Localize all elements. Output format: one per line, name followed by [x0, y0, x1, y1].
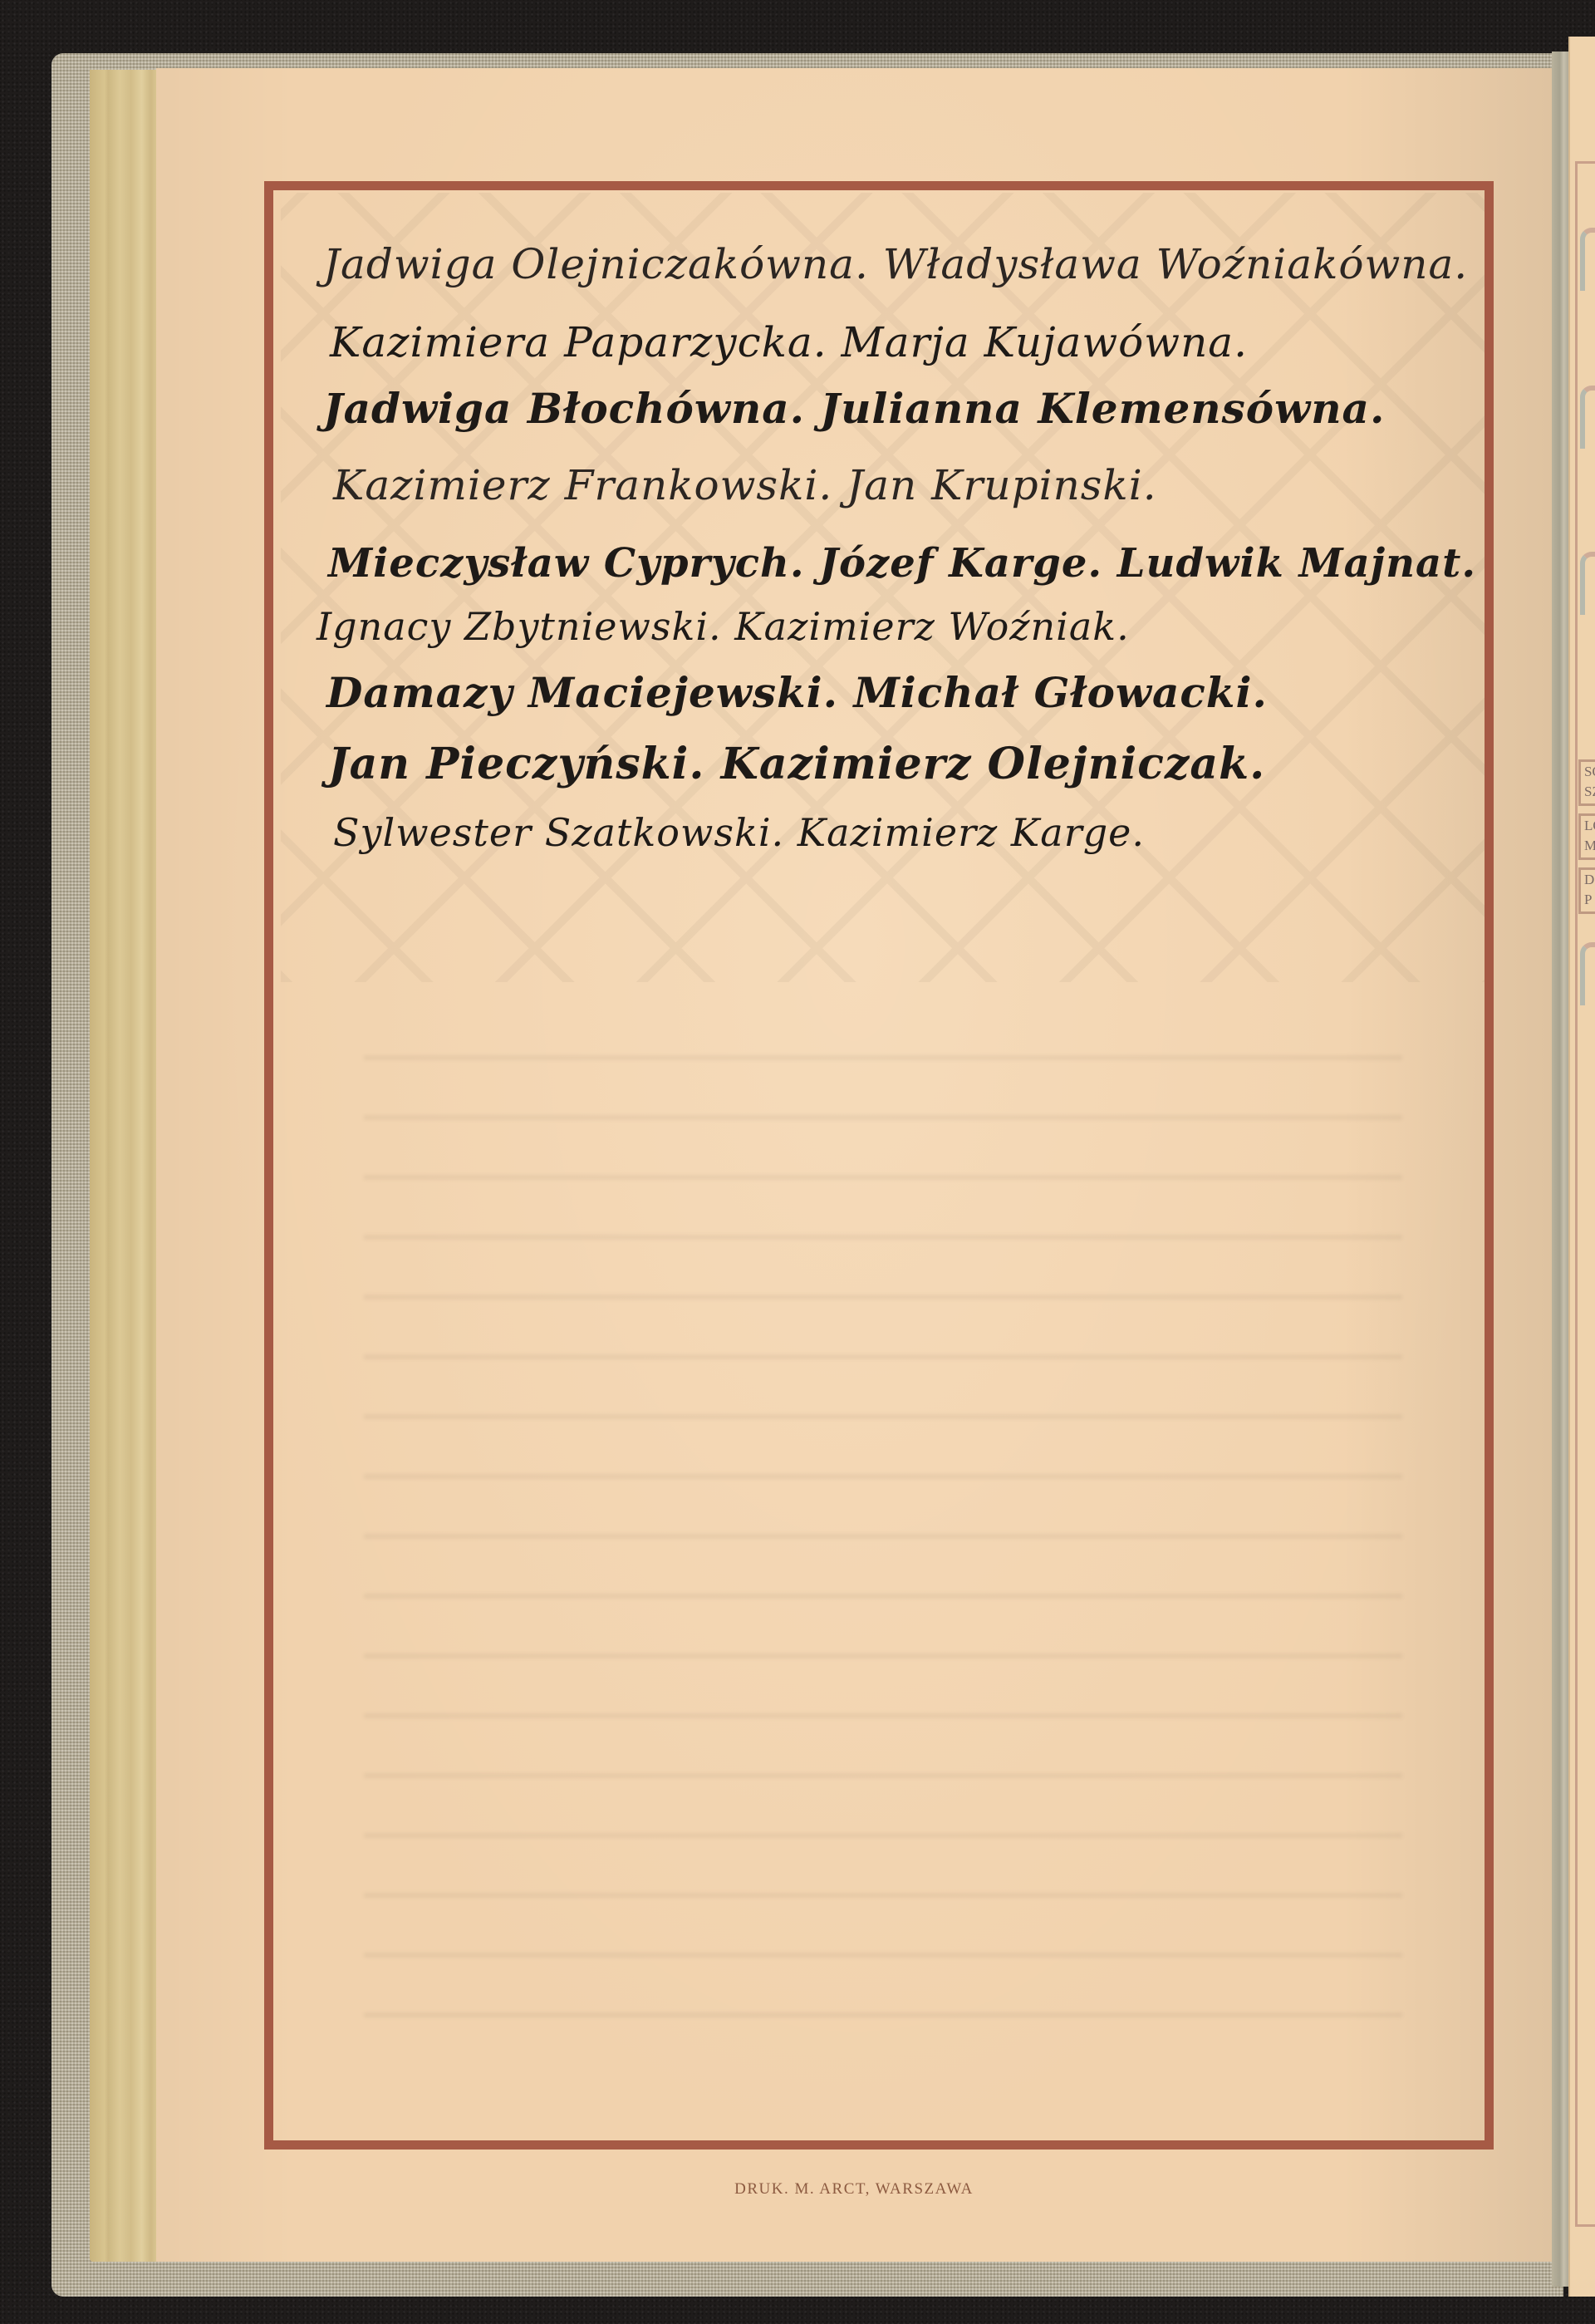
printed-frame: Jadwiga Olejniczakówna. Władysława Woźni…: [264, 181, 1494, 2150]
facing-ornament-glyph: [1580, 942, 1595, 1005]
facing-box-text: SO: [1584, 762, 1595, 782]
name-line-7: Damazy Maciejewski. Michał Głowacki.: [326, 672, 1268, 714]
facing-box-text: P: [1584, 890, 1595, 910]
name-line-9: Sylwester Szatkowski. Kazimierz Karge.: [333, 813, 1145, 852]
facing-text-box: LO M: [1578, 813, 1595, 860]
name-line-5: Mieczysław Cyprych. Józef Karge. Ludwik …: [328, 543, 1476, 583]
book-page: Jadwiga Olejniczakówna. Władysława Woźni…: [156, 68, 1552, 2262]
name-line-1: Jadwiga Olejniczakówna. Władysława Woźni…: [323, 243, 1468, 285]
facing-text-box: SO SZ: [1578, 759, 1595, 806]
name-line-2: Kazimiera Paparzycka. Marja Kujawówna.: [330, 322, 1248, 363]
facing-box-text: D: [1584, 870, 1595, 890]
facing-page-frame: [1575, 161, 1595, 2227]
facing-ornament-glyph: [1580, 228, 1595, 291]
facing-page-edge: SO SZ LO M D P: [1568, 37, 1595, 2297]
facing-box-text: SZ: [1584, 782, 1595, 802]
name-line-3: Jadwiga Błochówna. Julianna Klemensówna.: [323, 388, 1385, 430]
page-edges: [90, 70, 156, 2262]
printer-imprint: DRUK. M. ARCT, WARSZAWA: [156, 2180, 1552, 2199]
name-line-6: Ignacy Zbytniewski. Kazimierz Woźniak.: [317, 607, 1130, 646]
facing-ornament-glyph: [1580, 386, 1595, 449]
facing-text-box: D P: [1578, 867, 1595, 914]
name-line-4: Kazimierz Frankowski. Jan Krupinski.: [333, 464, 1157, 506]
facing-box-text: M: [1584, 836, 1595, 856]
facing-ornament-glyph: [1580, 552, 1595, 615]
facing-box-text: LO: [1584, 816, 1595, 836]
name-line-8: Jan Pieczyński. Kazimierz Olejniczak.: [328, 743, 1265, 786]
